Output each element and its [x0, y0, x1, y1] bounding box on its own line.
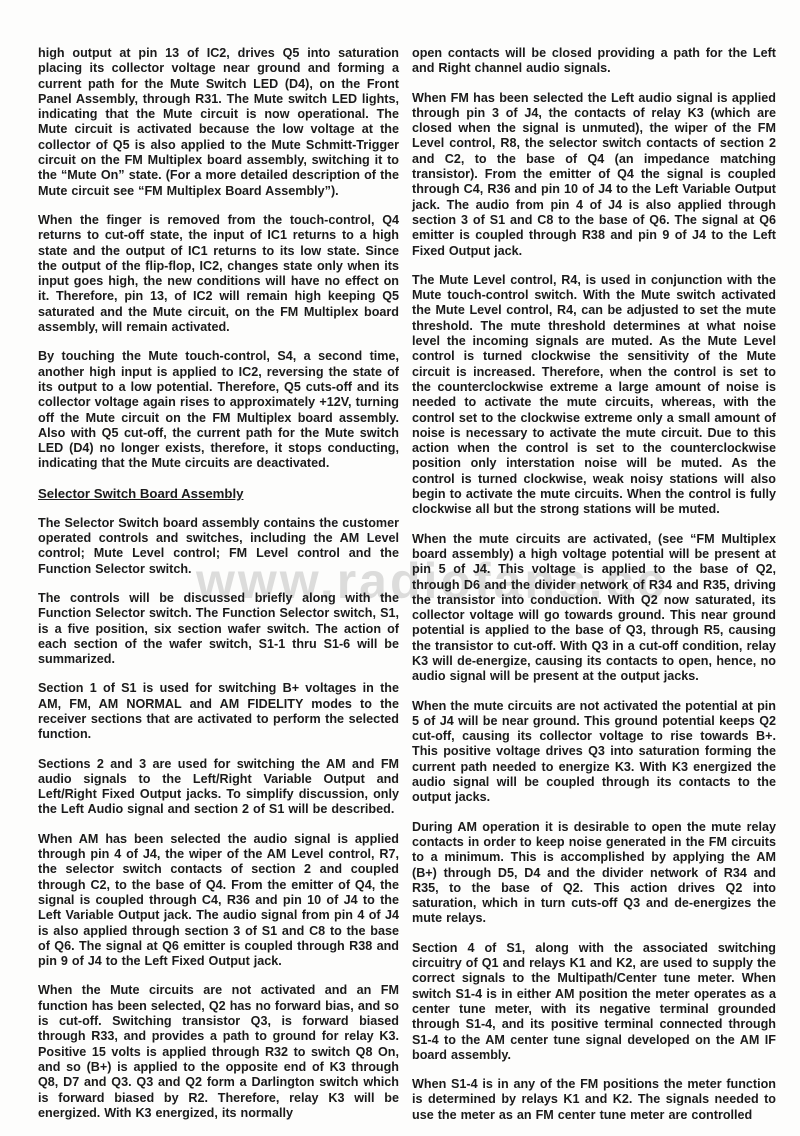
body-paragraph: Section 4 of S1, along with the associat…	[412, 941, 776, 1063]
body-paragraph: The Mute Level control, R4, is used in c…	[412, 273, 776, 518]
body-paragraph: Section 1 of S1 is used for switching B+…	[38, 681, 399, 742]
body-paragraph: high output at pin 13 of IC2, drives Q5 …	[38, 46, 399, 199]
body-paragraph: During AM operation it is desirable to o…	[412, 820, 776, 927]
text-column-right: open contacts will be closed providing a…	[412, 46, 776, 1136]
section-heading: Selector Switch Board Assembly	[38, 486, 399, 502]
body-paragraph: Sections 2 and 3 are used for switching …	[38, 757, 399, 818]
body-paragraph: When FM has been selected the Left audio…	[412, 91, 776, 259]
body-paragraph: The Selector Switch board assembly conta…	[38, 516, 399, 577]
body-paragraph: When the mute circuits are not activated…	[412, 699, 776, 806]
body-paragraph: By touching the Mute touch-control, S4, …	[38, 349, 399, 471]
body-paragraph: When the finger is removed from the touc…	[38, 213, 399, 335]
body-paragraph: When the Mute circuits are not activated…	[38, 983, 399, 1121]
body-paragraph: The controls will be discussed briefly a…	[38, 591, 399, 667]
body-paragraph: open contacts will be closed providing a…	[412, 46, 776, 77]
body-paragraph: When AM has been selected the audio sign…	[38, 832, 399, 970]
body-paragraph: When S1-4 is in any of the FM positions …	[412, 1077, 776, 1123]
body-paragraph: When the mute circuits are activated, (s…	[412, 532, 776, 685]
manual-page: www.radiofans.cc high output at pin 13 o…	[0, 0, 800, 1136]
text-column-left: high output at pin 13 of IC2, drives Q5 …	[38, 46, 399, 1135]
